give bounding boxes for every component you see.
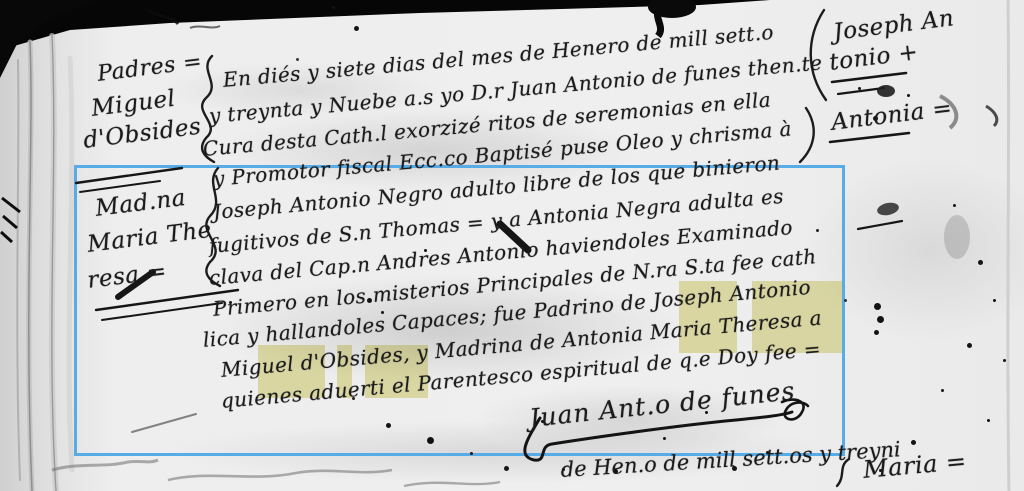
ink-spatter-dots xyxy=(0,0,3,3)
scanned-register-page: Padres = Miguel d'Obsides Mad.na Maria T… xyxy=(0,0,1024,491)
